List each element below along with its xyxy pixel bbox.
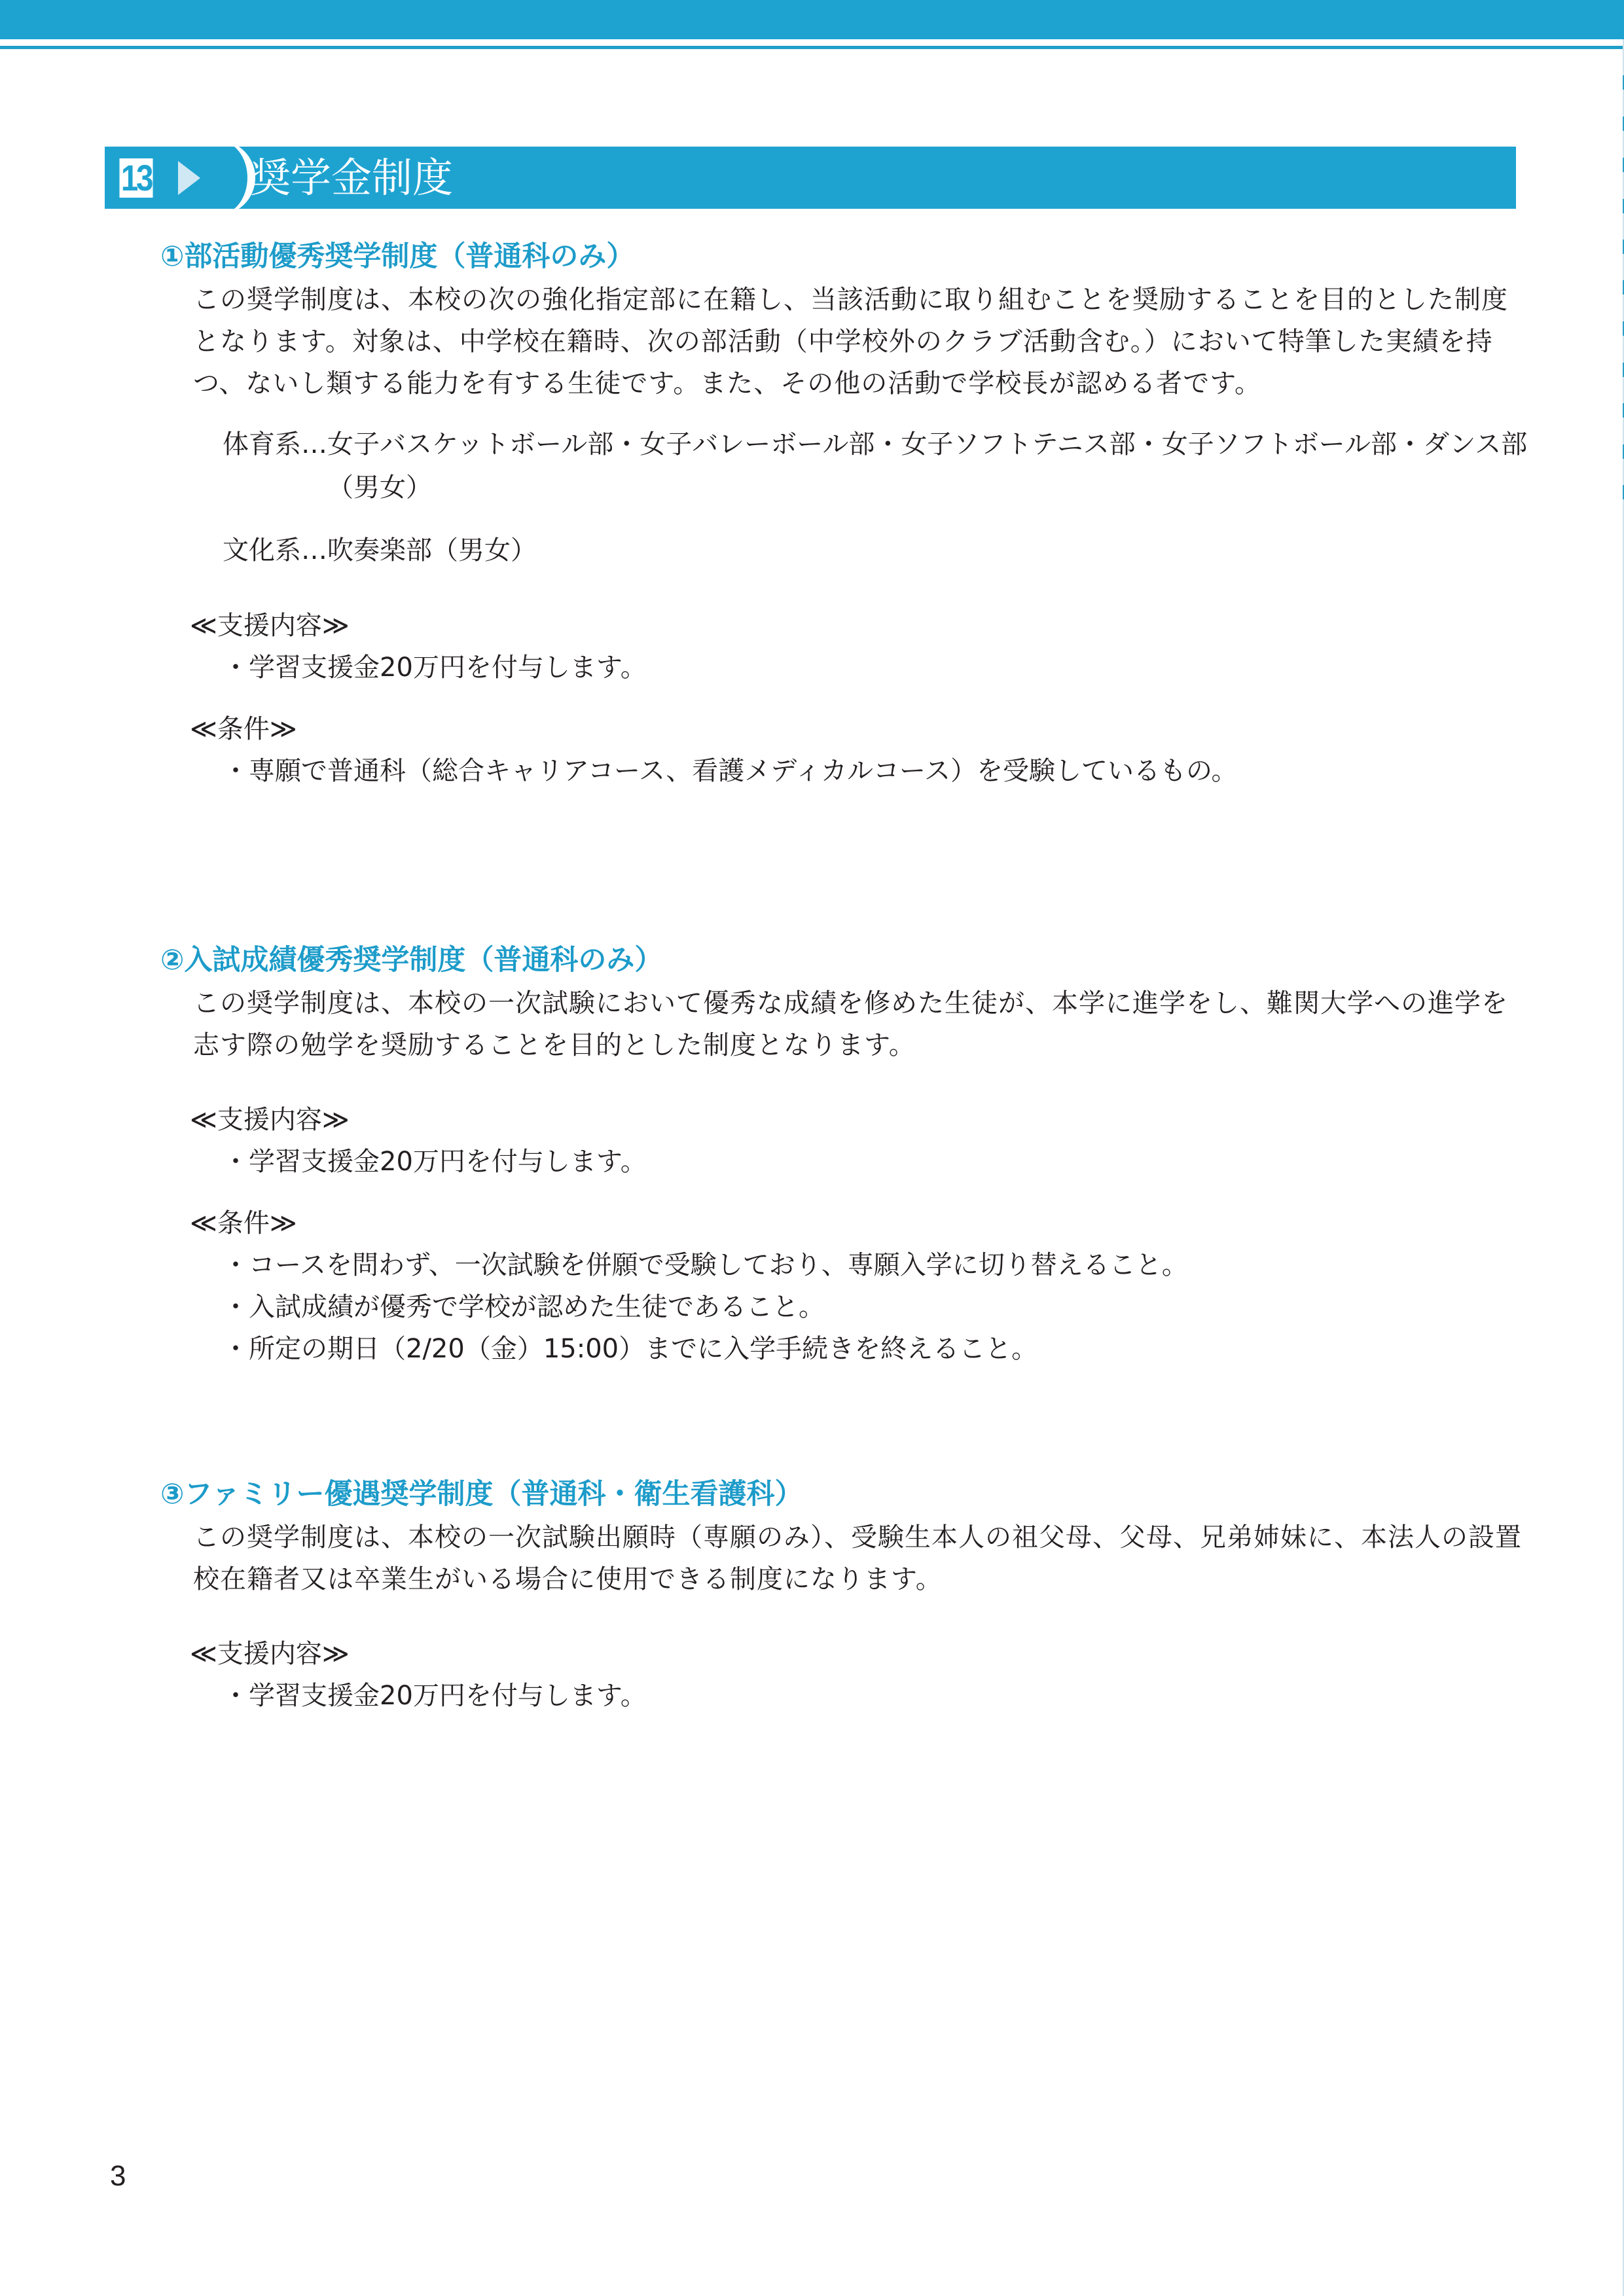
support-label: ≪支援内容≫	[190, 1633, 1535, 1675]
scholarship-heading: ③ファミリー優遇奨学制度（普通科・衛生看護科）	[160, 1475, 1535, 1514]
section-number-badge: 13	[120, 158, 153, 198]
section-header: 13 奨学金制度	[105, 147, 1516, 209]
scholarship-heading: ②入試成績優秀奨学制度（普通科のみ）	[160, 941, 1535, 980]
club-row-culture: 文化系… 吹奏楽部（男女）	[223, 529, 1535, 572]
scholarship-description: この奨学制度は、本校の一次試験において優秀な成績を修めた生徒が、本学に進学をし、…	[193, 982, 1522, 1066]
scholarship-entrance-exam: ②入試成績優秀奨学制度（普通科のみ） この奨学制度は、本校の一次試験において優秀…	[160, 941, 1535, 1370]
support-item: 学習支援金20万円を付与します。	[223, 647, 1535, 689]
scholarship-description: この奨学制度は、本校の次の強化指定部に在籍し、当該活動に取り組むことを奨励するこ…	[193, 279, 1522, 404]
condition-item: コースを問わず、一次試験を併願で受験しており、専願入学に切り替えること。	[223, 1244, 1535, 1286]
scholarship-club-activity: ①部活動優秀奨学制度（普通科のみ） この奨学制度は、本校の次の強化指定部に在籍し…	[160, 237, 1535, 792]
support-label: ≪支援内容≫	[190, 1099, 1535, 1141]
scholarship-description: この奨学制度は、本校の一次試験出願時（専願のみ）、受験生本人の祖父母、父母、兄弟…	[193, 1516, 1522, 1600]
page-number: 3	[110, 2160, 126, 2193]
club-category-label: 体育系…	[223, 423, 327, 509]
club-category-items: 吹奏楽部（男女）	[327, 529, 537, 572]
club-category-label: 文化系…	[223, 529, 327, 572]
club-list: 体育系… 女子バスケットボール部・女子バレーボール部・女子ソフトテニス部・女子ソ…	[223, 423, 1535, 572]
condition-item: 所定の期日（2/20（金）15:00）までに入学手続きを終えること。	[223, 1328, 1535, 1370]
top-color-band	[0, 0, 1624, 39]
scholarship-heading: ①部活動優秀奨学制度（普通科のみ）	[160, 237, 1535, 276]
header-curve-decoration	[216, 140, 255, 215]
conditions-label: ≪条件≫	[190, 708, 1535, 750]
club-row-sports: 体育系… 女子バスケットボール部・女子バレーボール部・女子ソフトテニス部・女子ソ…	[223, 423, 1535, 509]
condition-item: 入試成績が優秀で学校が認めた生徒であること。	[223, 1286, 1535, 1328]
club-category-items: 女子バスケットボール部・女子バレーボール部・女子ソフトテニス部・女子ソフトボール…	[327, 423, 1535, 509]
play-arrow-icon	[178, 161, 200, 195]
section-title: 奨学金制度	[250, 153, 453, 202]
conditions-label: ≪条件≫	[190, 1202, 1535, 1244]
top-rule-line	[0, 46, 1624, 49]
support-label: ≪支援内容≫	[190, 605, 1535, 647]
condition-item: 専願で普通科（総合キャリアコース、看護メディカルコース）を受験しているもの。	[223, 750, 1535, 792]
scholarship-family: ③ファミリー優遇奨学制度（普通科・衛生看護科） この奨学制度は、本校の一次試験出…	[160, 1475, 1535, 1717]
support-item: 学習支援金20万円を付与します。	[223, 1141, 1535, 1183]
support-item: 学習支援金20万円を付与します。	[223, 1675, 1535, 1717]
